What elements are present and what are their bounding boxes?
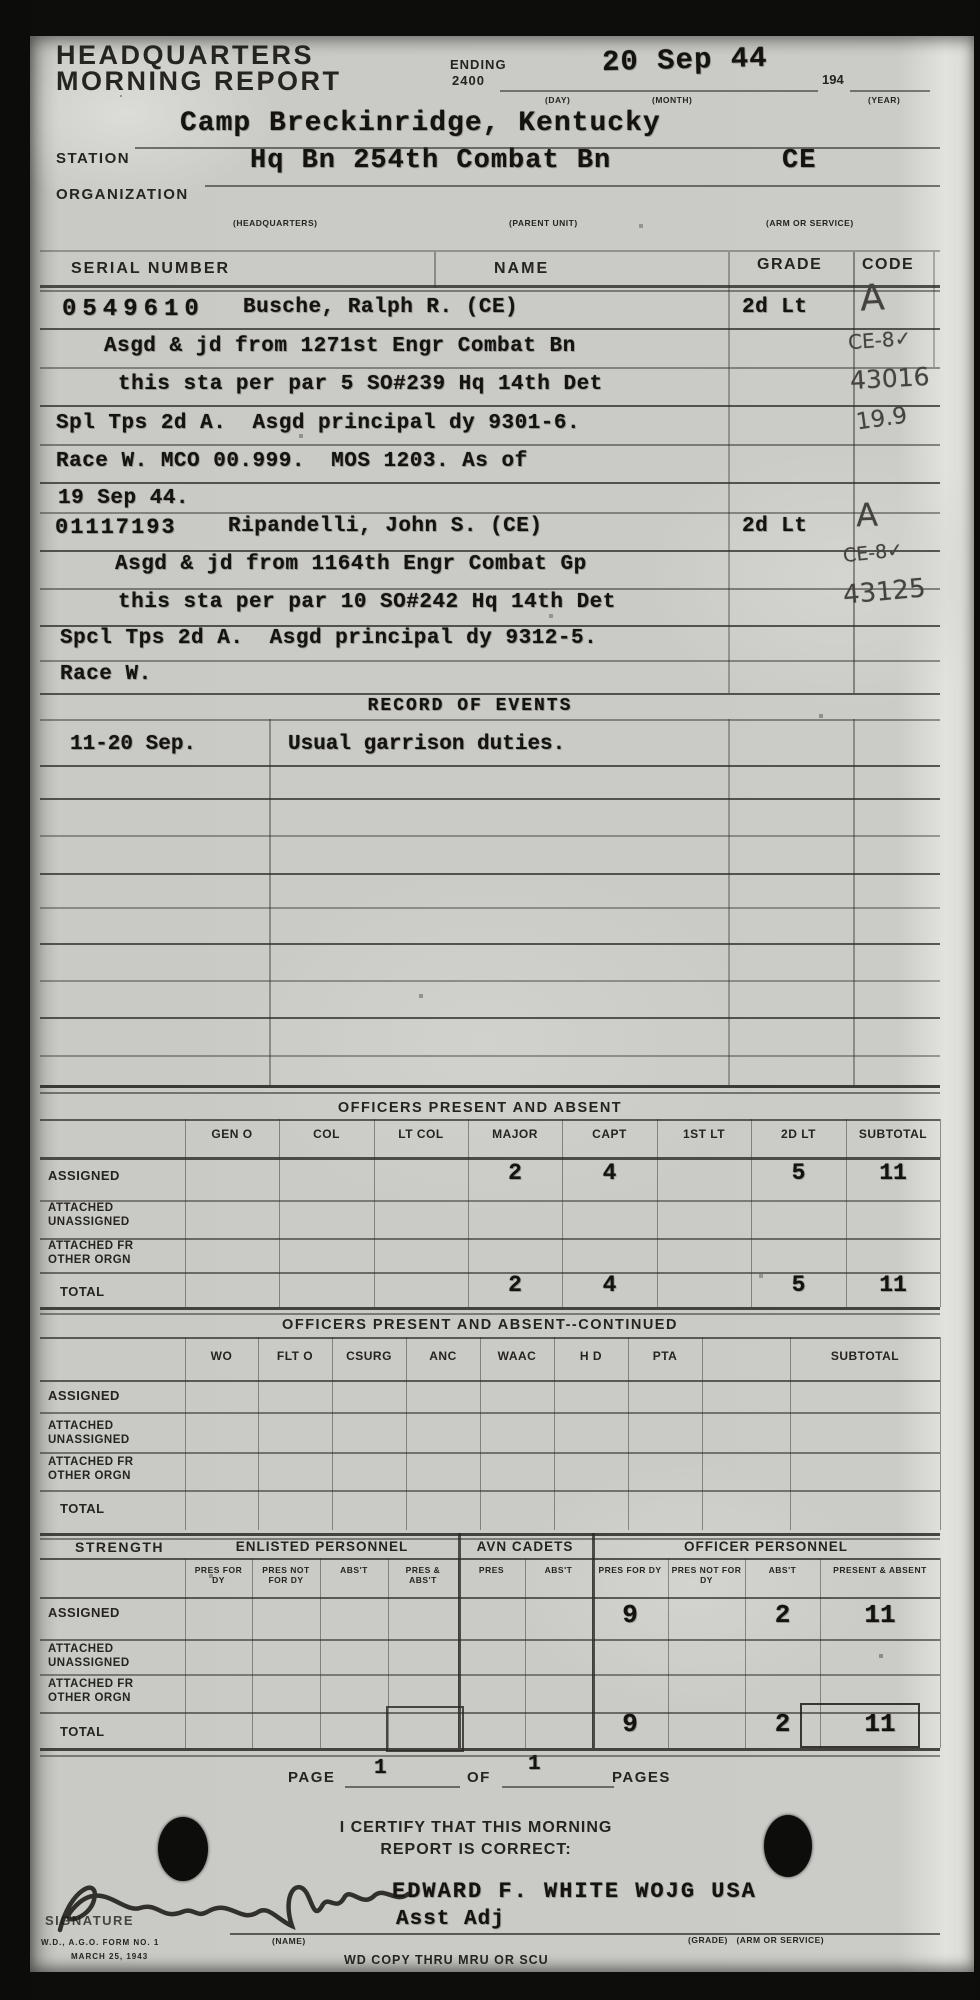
form-column-line bbox=[185, 1119, 186, 1307]
strength-subcolumn-header: PRES bbox=[461, 1565, 522, 1575]
record-of-events-title: RECORD OF EVENTS bbox=[368, 696, 573, 716]
form-rule bbox=[40, 798, 940, 800]
table-row-label: OTHER ORGN bbox=[48, 1470, 131, 1482]
form-rule bbox=[40, 1307, 940, 1310]
table-cell-value: 5 bbox=[792, 1272, 806, 1298]
scanned-morning-report: HEADQUARTERS MORNING REPORT ENDING 2400 … bbox=[0, 0, 980, 2000]
strength-cell-value: 11 bbox=[864, 1600, 895, 1630]
table-column-header: LT COL bbox=[398, 1127, 443, 1141]
roster-serial-number: 01117193 bbox=[55, 515, 177, 540]
roster-entry-text: Spl Tps 2d A. Asgd principal dy 9301-6. bbox=[56, 412, 580, 435]
table-cell-value: 11 bbox=[879, 1272, 907, 1298]
form-column-line bbox=[562, 1119, 563, 1307]
form-column-line bbox=[728, 719, 730, 1085]
strength-row-label: ATTACHED FR bbox=[48, 1678, 134, 1690]
roster-grade: 2d Lt bbox=[742, 296, 808, 319]
table-row-label: TOTAL bbox=[60, 1501, 105, 1516]
pages-label: PAGES bbox=[612, 1769, 671, 1786]
table-row-label: UNASSIGNED bbox=[48, 1434, 130, 1446]
strength-group-header: AVN CADETS bbox=[477, 1539, 574, 1554]
form-column-line bbox=[702, 1337, 703, 1530]
form-column-line bbox=[728, 252, 730, 693]
strength-subcolumn-header: PRESENT & ABSENT bbox=[823, 1565, 937, 1575]
form-column-line bbox=[853, 252, 855, 693]
year-label: (YEAR) bbox=[868, 95, 900, 105]
roster-code-handwritten: A bbox=[859, 277, 886, 319]
roster-entry-text: this sta per par 5 SO#239 Hq 14th Det bbox=[118, 373, 603, 396]
table-column-header: WAAC bbox=[498, 1349, 537, 1363]
table-column-header: COL bbox=[313, 1127, 340, 1141]
roster-entry-text: 19 Sep 44. bbox=[58, 487, 189, 510]
form-column-line bbox=[480, 1337, 481, 1530]
form-column-line bbox=[668, 1558, 669, 1748]
strength-group-header: OFFICER PERSONNEL bbox=[684, 1539, 848, 1554]
form-rule bbox=[40, 1085, 940, 1088]
roster-header-serial: SERIAL NUMBER bbox=[71, 260, 230, 278]
headquarters-sublabel: (HEADQUARTERS) bbox=[233, 218, 317, 228]
organization-label: ORGANIZATION bbox=[56, 186, 189, 203]
form-column-line bbox=[628, 1337, 629, 1530]
roster-header-name: NAME bbox=[494, 260, 549, 278]
table-column-header: CSURG bbox=[346, 1349, 392, 1363]
table-row-label: ASSIGNED bbox=[48, 1388, 120, 1403]
hole-punch-right bbox=[764, 1815, 812, 1877]
form-rule bbox=[135, 147, 940, 149]
strength-cell-value: 2 bbox=[775, 1600, 791, 1630]
form-rule bbox=[40, 588, 940, 590]
roster-entry-text: this sta per par 10 SO#242 Hq 14th Det bbox=[118, 591, 616, 614]
form-column-line bbox=[320, 1558, 321, 1748]
roster-entry-text: Asgd & jd from 1164th Engr Combat Gp bbox=[115, 553, 587, 576]
form-column-line bbox=[933, 252, 935, 367]
arm-or-service-sublabel: (ARM OR SERVICE) bbox=[766, 218, 854, 228]
roster-entry-text: Race W. bbox=[60, 663, 152, 686]
strength-row-label: TOTAL bbox=[60, 1724, 105, 1739]
form-rule bbox=[40, 328, 940, 330]
strength-subcolumn-header: ABS'T bbox=[748, 1565, 817, 1575]
station-label: STATION bbox=[56, 150, 130, 167]
of-label: OF bbox=[467, 1769, 491, 1786]
table-row-label: ATTACHED bbox=[48, 1202, 114, 1214]
form-rule bbox=[40, 1238, 940, 1240]
table-column-header: PTA bbox=[653, 1349, 678, 1363]
paper-sheet bbox=[30, 36, 974, 1972]
strength-row-label: UNASSIGNED bbox=[48, 1657, 130, 1669]
form-rule bbox=[40, 719, 940, 721]
form-rule bbox=[40, 285, 940, 288]
scan-edge-top bbox=[0, 0, 980, 36]
roster-code-handwritten: 43016 bbox=[849, 362, 930, 395]
certify-line2: REPORT IS CORRECT: bbox=[380, 1841, 571, 1859]
form-column-line bbox=[554, 1337, 555, 1530]
form-column-line bbox=[252, 1558, 253, 1748]
day-label: (DAY) bbox=[545, 95, 570, 105]
form-rule bbox=[40, 444, 940, 446]
table-column-header: MAJOR bbox=[492, 1127, 538, 1141]
form-column-line bbox=[185, 1558, 186, 1748]
table-cell-value: 2 bbox=[508, 1272, 522, 1298]
form-column-line bbox=[468, 1119, 469, 1307]
strength-row-label: OTHER ORGN bbox=[48, 1692, 131, 1704]
table-row-label: ATTACHED FR bbox=[48, 1456, 134, 1468]
form-rule bbox=[40, 1313, 940, 1315]
table-column-header: WO bbox=[211, 1349, 233, 1363]
report-date-value: 20 Sep 44 bbox=[602, 42, 768, 79]
table-row-label: ATTACHED bbox=[48, 1420, 114, 1432]
form-rule bbox=[40, 1452, 940, 1454]
roster-header-code: CODE bbox=[862, 256, 914, 274]
form-rule bbox=[205, 185, 940, 187]
form-rule bbox=[500, 90, 818, 92]
form-rule bbox=[40, 693, 940, 695]
form-rule bbox=[40, 512, 940, 514]
form-title-line2: MORNING REPORT bbox=[56, 66, 342, 97]
form-rule bbox=[40, 980, 940, 982]
table-column-header: H D bbox=[580, 1349, 602, 1363]
strength-subcolumn-header: PRES FOR DY bbox=[595, 1565, 665, 1575]
form-column-line bbox=[853, 719, 855, 1085]
form-rule bbox=[40, 1380, 940, 1382]
record-entry-text: Usual garrison duties. bbox=[288, 733, 565, 756]
strength-group-header: ENLISTED PERSONNEL bbox=[236, 1539, 409, 1554]
strength-subcolumn-header: ABS'T bbox=[323, 1565, 385, 1575]
form-column-line bbox=[751, 1119, 752, 1307]
form-rule bbox=[40, 907, 940, 909]
table-column-header: ANC bbox=[429, 1349, 457, 1363]
page-number: 1 bbox=[374, 1757, 387, 1780]
form-rule bbox=[502, 1786, 614, 1788]
form-rule bbox=[40, 1755, 940, 1757]
form-rule bbox=[40, 1597, 940, 1599]
table-column-header: 1ST LT bbox=[683, 1127, 725, 1141]
form-rule bbox=[40, 1533, 940, 1536]
form-rule bbox=[40, 1558, 940, 1560]
form-rule bbox=[40, 405, 940, 407]
parent-unit-sublabel: (PARENT UNIT) bbox=[509, 218, 578, 228]
form-column-line bbox=[279, 1119, 280, 1307]
form-rule bbox=[40, 943, 940, 945]
roster-code-handwritten: CE-8✓ bbox=[847, 326, 912, 354]
form-rule bbox=[40, 482, 940, 484]
table-cell-value: 4 bbox=[603, 1272, 617, 1298]
handdrawn-box-total bbox=[800, 1703, 920, 1748]
table-cell-value: 11 bbox=[879, 1160, 907, 1186]
page-label: PAGE bbox=[288, 1769, 335, 1786]
form-rule bbox=[40, 1200, 940, 1202]
table-column-header: SUBTOTAL bbox=[831, 1349, 899, 1363]
form-rule bbox=[40, 873, 940, 875]
strength-subcolumn-header: ABS'T bbox=[528, 1565, 589, 1575]
form-rule bbox=[40, 765, 940, 767]
form-rule bbox=[40, 1337, 940, 1339]
form-column-line bbox=[269, 719, 271, 1085]
form-rule bbox=[40, 835, 940, 837]
officers-continued-title: OFFICERS PRESENT AND ABSENT--CONTINUED bbox=[282, 1317, 678, 1333]
station-value: Camp Breckinridge, Kentucky bbox=[180, 108, 661, 139]
strength-cell-value: 9 bbox=[622, 1709, 638, 1739]
table-column-header: GEN O bbox=[211, 1127, 252, 1141]
form-column-line bbox=[940, 1119, 941, 1307]
form-column-line bbox=[374, 1119, 375, 1307]
strength-row-label: ATTACHED bbox=[48, 1643, 114, 1655]
roster-name: Busche, Ralph R. (CE) bbox=[243, 296, 518, 319]
strength-cell-value: 9 bbox=[622, 1600, 638, 1630]
form-column-line bbox=[657, 1119, 658, 1307]
scan-edge-bottom bbox=[0, 1972, 980, 2000]
table-column-header: SUBTOTAL bbox=[859, 1127, 927, 1141]
table-cell-value: 5 bbox=[792, 1160, 806, 1186]
form-rule bbox=[40, 367, 940, 369]
table-column-header: 2D LT bbox=[781, 1127, 816, 1141]
form-column-line bbox=[406, 1337, 407, 1530]
month-label: (MONTH) bbox=[652, 95, 692, 105]
roster-header-grade: GRADE bbox=[757, 256, 822, 274]
organization-value: Hq Bn 254th Combat Bn bbox=[250, 146, 611, 176]
form-column-line bbox=[846, 1119, 847, 1307]
form-column-line bbox=[258, 1337, 259, 1530]
form-column-line bbox=[525, 1558, 526, 1748]
strength-subcolumn-header: PRES & ABS'T bbox=[391, 1565, 455, 1585]
form-rule bbox=[40, 1092, 940, 1094]
form-rule bbox=[40, 1748, 940, 1751]
table-cell-value: 4 bbox=[603, 1160, 617, 1186]
form-number: W.D., A.G.O. FORM NO. 1 bbox=[41, 1938, 159, 1947]
distribution-note: WD COPY THRU MRU OR SCU bbox=[344, 1953, 549, 1967]
table-row-label: OTHER ORGN bbox=[48, 1254, 131, 1266]
roster-serial-number: 0549610 bbox=[62, 296, 205, 323]
roster-name: Ripandelli, John S. (CE) bbox=[228, 515, 542, 538]
strength-label: STRENGTH bbox=[75, 1539, 164, 1555]
form-rule bbox=[40, 1639, 940, 1641]
form-rule bbox=[40, 250, 940, 252]
form-rule bbox=[40, 550, 940, 552]
form-rule bbox=[40, 1017, 940, 1019]
form-rule bbox=[40, 1674, 940, 1676]
form-column-line bbox=[790, 1337, 791, 1530]
table-column-header: FLT O bbox=[277, 1349, 313, 1363]
form-rule bbox=[40, 1055, 940, 1057]
table-row-label: TOTAL bbox=[60, 1284, 105, 1299]
form-rule bbox=[40, 1119, 940, 1121]
roster-entry-text: Race W. MCO 00.999. MOS 1203. As of bbox=[56, 450, 528, 473]
scan-edge-right bbox=[974, 0, 980, 2000]
table-row-label: UNASSIGNED bbox=[48, 1216, 130, 1228]
scan-edge-left bbox=[0, 0, 30, 2000]
hole-punch-left bbox=[158, 1817, 208, 1881]
form-column-line bbox=[185, 1337, 186, 1530]
year-prefix: 194 bbox=[822, 72, 844, 87]
form-column-line bbox=[332, 1337, 333, 1530]
strength-row-label: ASSIGNED bbox=[48, 1605, 120, 1620]
record-entry-date: 11-20 Sep. bbox=[70, 733, 196, 756]
form-column-line bbox=[940, 1337, 941, 1530]
paper-specks bbox=[120, 95, 122, 97]
grade-arm-sublabel: (GRADE) (ARM OR SERVICE) bbox=[688, 1935, 824, 1945]
ending-time: 2400 bbox=[452, 73, 485, 88]
strength-subcolumn-header: PRES FOR DY bbox=[188, 1565, 249, 1585]
roster-entry-text: Spcl Tps 2d A. Asgd principal dy 9312-5. bbox=[60, 627, 597, 650]
certify-line1: I CERTIFY THAT THIS MORNING bbox=[340, 1819, 613, 1837]
table-row-label: ATTACHED FR bbox=[48, 1240, 134, 1252]
table-row-label: ASSIGNED bbox=[48, 1168, 120, 1183]
strength-cell-value: 2 bbox=[775, 1709, 791, 1739]
form-column-line bbox=[745, 1558, 746, 1748]
handdrawn-box-empty bbox=[386, 1706, 464, 1752]
roster-entry-text: Asgd & jd from 1271st Engr Combat Bn bbox=[104, 335, 576, 358]
roster-grade: 2d Lt bbox=[742, 515, 808, 538]
form-date: MARCH 25, 1943 bbox=[71, 1952, 148, 1961]
arm-of-service-value: CE bbox=[782, 146, 816, 176]
table-column-header: CAPT bbox=[592, 1127, 627, 1141]
strength-subcolumn-header: PRES NOT FOR DY bbox=[255, 1565, 317, 1585]
form-rule bbox=[40, 290, 940, 292]
form-rule bbox=[40, 1490, 940, 1492]
strength-subcolumn-header: PRES NOT FOR DY bbox=[671, 1565, 742, 1585]
typed-name: EDWARD F. WHITE WOJG USA bbox=[392, 1879, 757, 1904]
form-rule bbox=[40, 1412, 940, 1414]
form-rule bbox=[345, 1786, 460, 1788]
roster-code-handwritten: A bbox=[855, 496, 878, 535]
ending-label: ENDING bbox=[450, 57, 507, 72]
form-column-line bbox=[940, 1558, 941, 1748]
table-cell-value: 2 bbox=[508, 1160, 522, 1186]
form-rule bbox=[40, 660, 940, 662]
officers-table-title: OFFICERS PRESENT AND ABSENT bbox=[338, 1100, 622, 1116]
form-column-line bbox=[434, 252, 436, 288]
form-rule bbox=[850, 90, 930, 92]
form-rule bbox=[230, 1933, 940, 1935]
